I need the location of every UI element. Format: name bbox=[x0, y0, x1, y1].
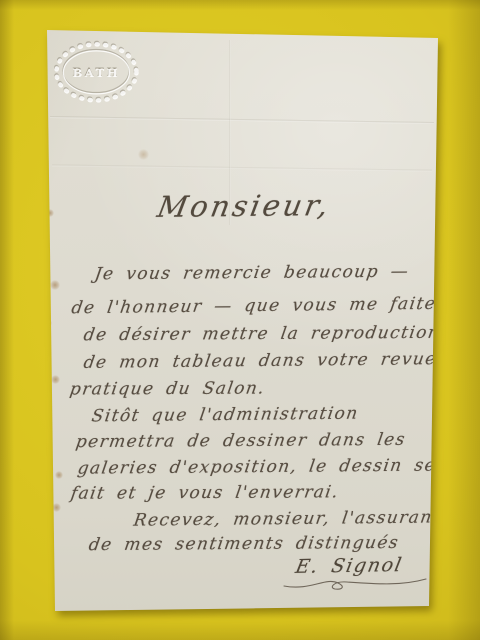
fold-crease-horizontal-upper bbox=[50, 116, 434, 124]
signature-flourish bbox=[281, 576, 429, 596]
foxing-spot bbox=[50, 280, 60, 290]
letter-line: galeries d'exposition, le dessin sera bbox=[76, 455, 458, 478]
signature: E. Signol bbox=[294, 554, 405, 578]
letter-line: de mon tableau dans votre revue bbox=[82, 349, 438, 373]
fold-crease-horizontal-lower bbox=[52, 164, 432, 171]
foxing-spot bbox=[51, 375, 60, 384]
seal-text: BATH bbox=[73, 66, 120, 80]
embossed-seal: BATH BATH bbox=[50, 37, 142, 111]
foxing-spot bbox=[55, 471, 63, 479]
letter-salutation: Monsieur, bbox=[155, 188, 334, 224]
foxing-spot bbox=[44, 319, 52, 327]
letter-paper: BATH BATH Monsieur, Je vous remercie bea… bbox=[0, 0, 480, 640]
foxing-spot bbox=[138, 149, 149, 160]
letter-line: Je vous remercie beaucoup — bbox=[93, 262, 410, 285]
letter-photo: BATH BATH Monsieur, Je vous remercie bea… bbox=[0, 0, 480, 640]
letter-line: permettra de dessiner dans les bbox=[74, 430, 407, 452]
letter-line: de l'honneur — que vous me faites bbox=[70, 294, 448, 319]
letter-line: Sitôt que l'administration bbox=[90, 404, 360, 427]
letter-line: Recevez, monsieur, l'assurance bbox=[132, 507, 456, 530]
foxing-spot bbox=[46, 209, 54, 217]
letter-line: fait et je vous l'enverrai. bbox=[69, 482, 340, 503]
letter-line: de désirer mettre la reproduction bbox=[82, 323, 441, 345]
letter-line: pratique du Salon. bbox=[68, 378, 266, 399]
embossed-seal-graphic: BATH BATH bbox=[50, 37, 142, 107]
foxing-spot bbox=[52, 503, 61, 512]
paper-shadow: BATH BATH Monsieur, Je vous remercie bea… bbox=[0, 0, 480, 640]
letter-line: de mes sentiments distingués bbox=[87, 533, 400, 555]
